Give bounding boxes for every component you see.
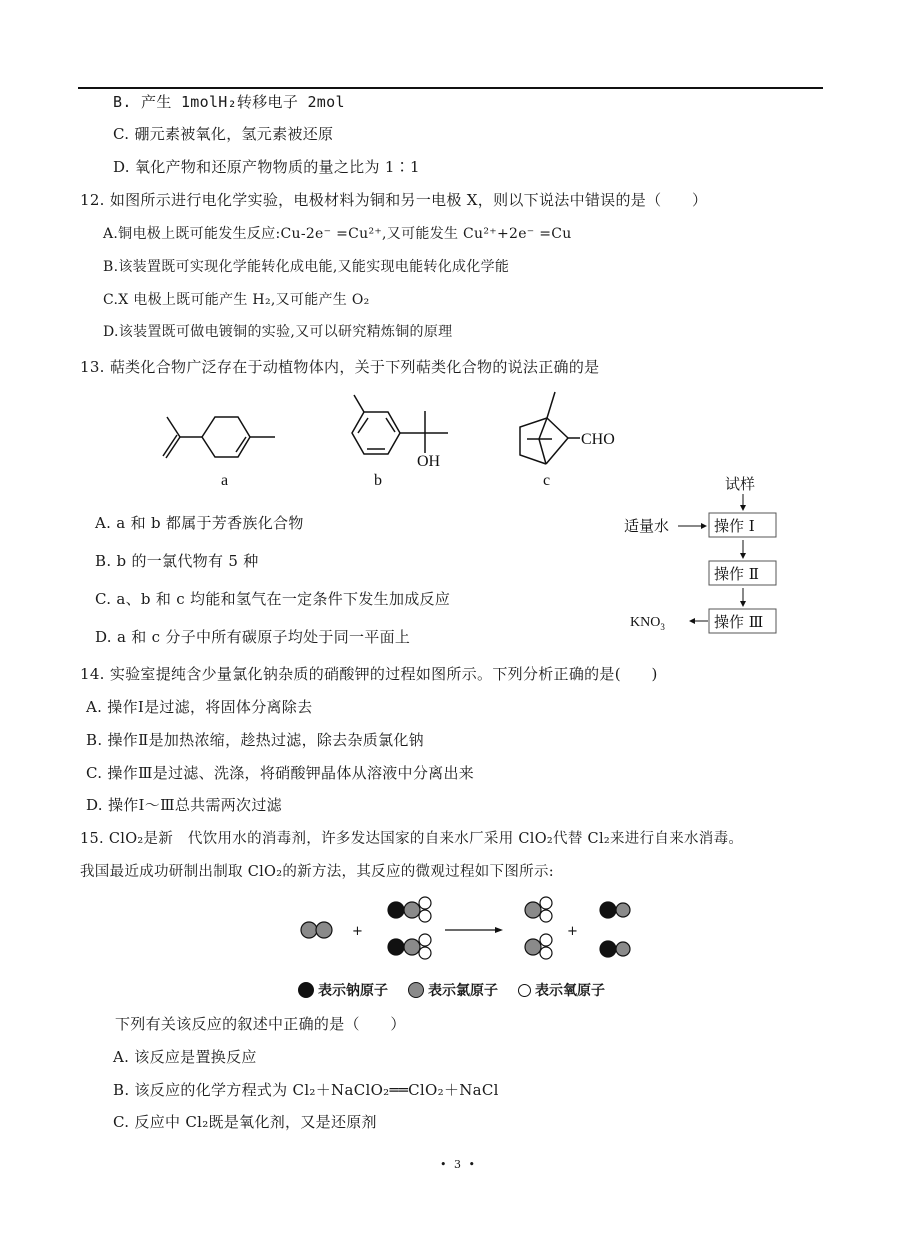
q11-option-b: B. 产生 1molH₂转移电子 2mol <box>113 92 345 112</box>
q12-option-c: C.X 电极上既可能产生 H₂,又可能产生 O₂ <box>103 290 370 310</box>
sample-label: 试样 <box>725 475 755 493</box>
chlorine-atom-icon <box>408 982 424 998</box>
q15-option-a: A. 该反应是置换反应 <box>113 1047 257 1067</box>
step-3-label: 操作 Ⅲ <box>714 613 763 631</box>
option-text: 产生 1molH₂转移电子 2mol <box>141 93 345 111</box>
option-label: D. <box>86 796 103 814</box>
q15-stem-line2: 我国最近成功研制出制取 ClO₂的新方法，其反应的微观过程如下图所示: <box>80 862 554 882</box>
kno3-label: KNO3 <box>630 615 665 632</box>
q12-stem: 12. 如图所示进行电化学实验，电极材料为铜和另一电极 X，则以下说法中错误的是… <box>80 190 707 210</box>
option-label: A. <box>86 698 102 716</box>
legend-oxygen: 表示氧原子 <box>518 980 605 1000</box>
legend-oxygen-text: 表示氧原子 <box>535 980 605 1000</box>
q13-stem: 13. 萜类化合物广泛存在于动植物体内，关于下列萜类化合物的说法正确的是 <box>80 357 599 377</box>
q15-stem-line1: 15. ClO₂是新 代饮用水的消毒剂，许多发达国家的自来水厂采用 ClO₂代替… <box>80 829 743 849</box>
legend-chlorine-text: 表示氯原子 <box>428 980 498 1000</box>
option-text: 该装置既可实现化学能转化成电能,又能实现电能转化成化学能 <box>118 259 509 275</box>
option-label: D. <box>113 158 130 176</box>
q11-option-c: C. 硼元素被氧化，氢元素被还原 <box>113 124 333 144</box>
option-label: B. <box>86 731 102 749</box>
sodium-atom-icon <box>298 982 314 998</box>
option-text: 操作Ⅲ是过滤、洗涤，将硝酸钾晶体从溶液中分离出来 <box>107 764 474 782</box>
option-label: B. <box>103 259 118 275</box>
option-text: a 和 c 分子中所有碳原子均处于同一平面上 <box>117 628 410 646</box>
step-1-label: 操作 Ⅰ <box>714 517 755 535</box>
option-label: D. <box>95 628 112 646</box>
option-label: A. <box>103 226 118 242</box>
q14-option-b: B. 操作Ⅱ是加热浓缩，趁热过滤，除去杂质氯化钠 <box>86 730 424 750</box>
plus-sign-1: + <box>352 924 363 939</box>
q14-option-d: D. 操作Ⅰ～Ⅲ总共需两次过滤 <box>86 795 282 815</box>
purification-flowchart: 试样 适量水 操作 Ⅰ 操作 Ⅱ 操作 Ⅲ KNO3 <box>620 470 790 640</box>
option-text: 硼元素被氧化，氢元素被还原 <box>134 125 333 143</box>
option-label: B. <box>113 93 132 111</box>
hydroxyl-label: OH <box>417 453 441 470</box>
option-text: b 的一氯代物有 5 种 <box>116 552 258 570</box>
legend-chlorine: 表示氯原子 <box>408 980 498 1000</box>
q12-option-a: A.铜电极上既可能发生反应:Cu-2e⁻ =Cu²⁺,又可能发生 Cu²⁺+2e… <box>103 224 572 244</box>
q11-option-d: D. 氧化产物和还原产物物质的量之比为 1∶1 <box>113 157 420 177</box>
option-label: C. <box>95 590 111 608</box>
option-text: 该装置既可做电镀铜的实验,又可以研究精炼铜的原理 <box>119 324 453 340</box>
aldehyde-label: CHO <box>581 431 615 448</box>
structure-b-diagram: OH b <box>330 385 460 490</box>
q14-option-a: A. 操作Ⅰ是过滤，将固体分离除去 <box>86 697 312 717</box>
q15-question: 下列有关该反应的叙述中正确的是（ ） <box>115 1014 406 1034</box>
option-label: C. <box>103 292 118 308</box>
q13-option-b: B. b 的一氯代物有 5 种 <box>95 551 259 571</box>
option-text: a、b 和 c 均能和氢气在一定条件下发生加成反应 <box>116 590 450 608</box>
q13-option-d: D. a 和 c 分子中所有碳原子均处于同一平面上 <box>95 627 410 647</box>
structure-c-diagram: CHO c <box>500 385 630 490</box>
q15-option-c: C. 反应中 Cl₂既是氧化剂，又是还原剂 <box>113 1112 377 1132</box>
option-label: A. <box>113 1048 129 1066</box>
q15-option-b: B. 该反应的化学方程式为 Cl₂＋NaClO₂══ClO₂＋NaCl <box>113 1080 499 1100</box>
option-text: X 电极上既可能产生 H₂,又可能产生 O₂ <box>118 292 369 308</box>
q14-option-c: C. 操作Ⅲ是过滤、洗涤，将硝酸钾晶体从溶液中分离出来 <box>86 763 474 783</box>
q13-option-a: A. a 和 b 都属于芳香族化合物 <box>95 513 304 533</box>
header-rule <box>78 87 823 89</box>
option-text: 操作Ⅰ～Ⅲ总共需两次过滤 <box>108 796 282 814</box>
option-text: 反应中 Cl₂既是氧化剂，又是还原剂 <box>134 1113 376 1131</box>
option-text: 该反应是置换反应 <box>134 1048 256 1066</box>
option-label: B. <box>113 1081 129 1099</box>
legend-sodium-text: 表示钠原子 <box>318 980 388 1000</box>
q14-stem: 14. 实验室提纯含少量氯化钠杂质的硝酸钾的过程如图所示。下列分析正确的是( ) <box>80 664 658 684</box>
q12-option-d: D.该装置既可做电镀铜的实验,又可以研究精炼铜的原理 <box>103 322 452 342</box>
option-label: C. <box>86 764 102 782</box>
structure-c-label: c <box>543 472 550 489</box>
page-number: • 3 • <box>440 1158 477 1171</box>
step-2-label: 操作 Ⅱ <box>714 565 759 583</box>
reaction-diagram: + + <box>295 893 645 973</box>
option-label: D. <box>103 324 119 340</box>
option-label: C. <box>113 1113 129 1131</box>
q12-option-b: B.该装置既可实现化学能转化成电能,又能实现电能转化成化学能 <box>103 257 509 277</box>
option-text: 操作Ⅱ是加热浓缩，趁热过滤，除去杂质氯化钠 <box>107 731 424 749</box>
option-label: A. <box>95 514 111 532</box>
structure-a-diagram: a <box>150 390 290 490</box>
option-label: B. <box>95 552 111 570</box>
q13-option-c: C. a、b 和 c 均能和氢气在一定条件下发生加成反应 <box>95 589 450 609</box>
option-text: 氧化产物和还原产物物质的量之比为 1∶1 <box>135 158 420 176</box>
plus-sign-2: + <box>567 924 578 939</box>
structure-a-label: a <box>221 472 228 489</box>
option-text: 操作Ⅰ是过滤，将固体分离除去 <box>107 698 312 716</box>
legend-sodium: 表示钠原子 <box>298 980 388 1000</box>
option-text: 铜电极上既可能发生反应:Cu-2e⁻ =Cu²⁺,又可能发生 Cu²⁺+2e⁻ … <box>118 226 571 242</box>
atom-legend: 表示钠原子 表示氯原子 表示氧原子 <box>298 980 619 1000</box>
option-text: 该反应的化学方程式为 Cl₂＋NaClO₂══ClO₂＋NaCl <box>134 1081 498 1099</box>
water-label: 适量水 <box>624 517 669 535</box>
option-label: C. <box>113 125 129 143</box>
structure-b-label: b <box>374 472 382 489</box>
oxygen-atom-icon <box>518 984 531 997</box>
option-text: a 和 b 都属于芳香族化合物 <box>116 514 303 532</box>
